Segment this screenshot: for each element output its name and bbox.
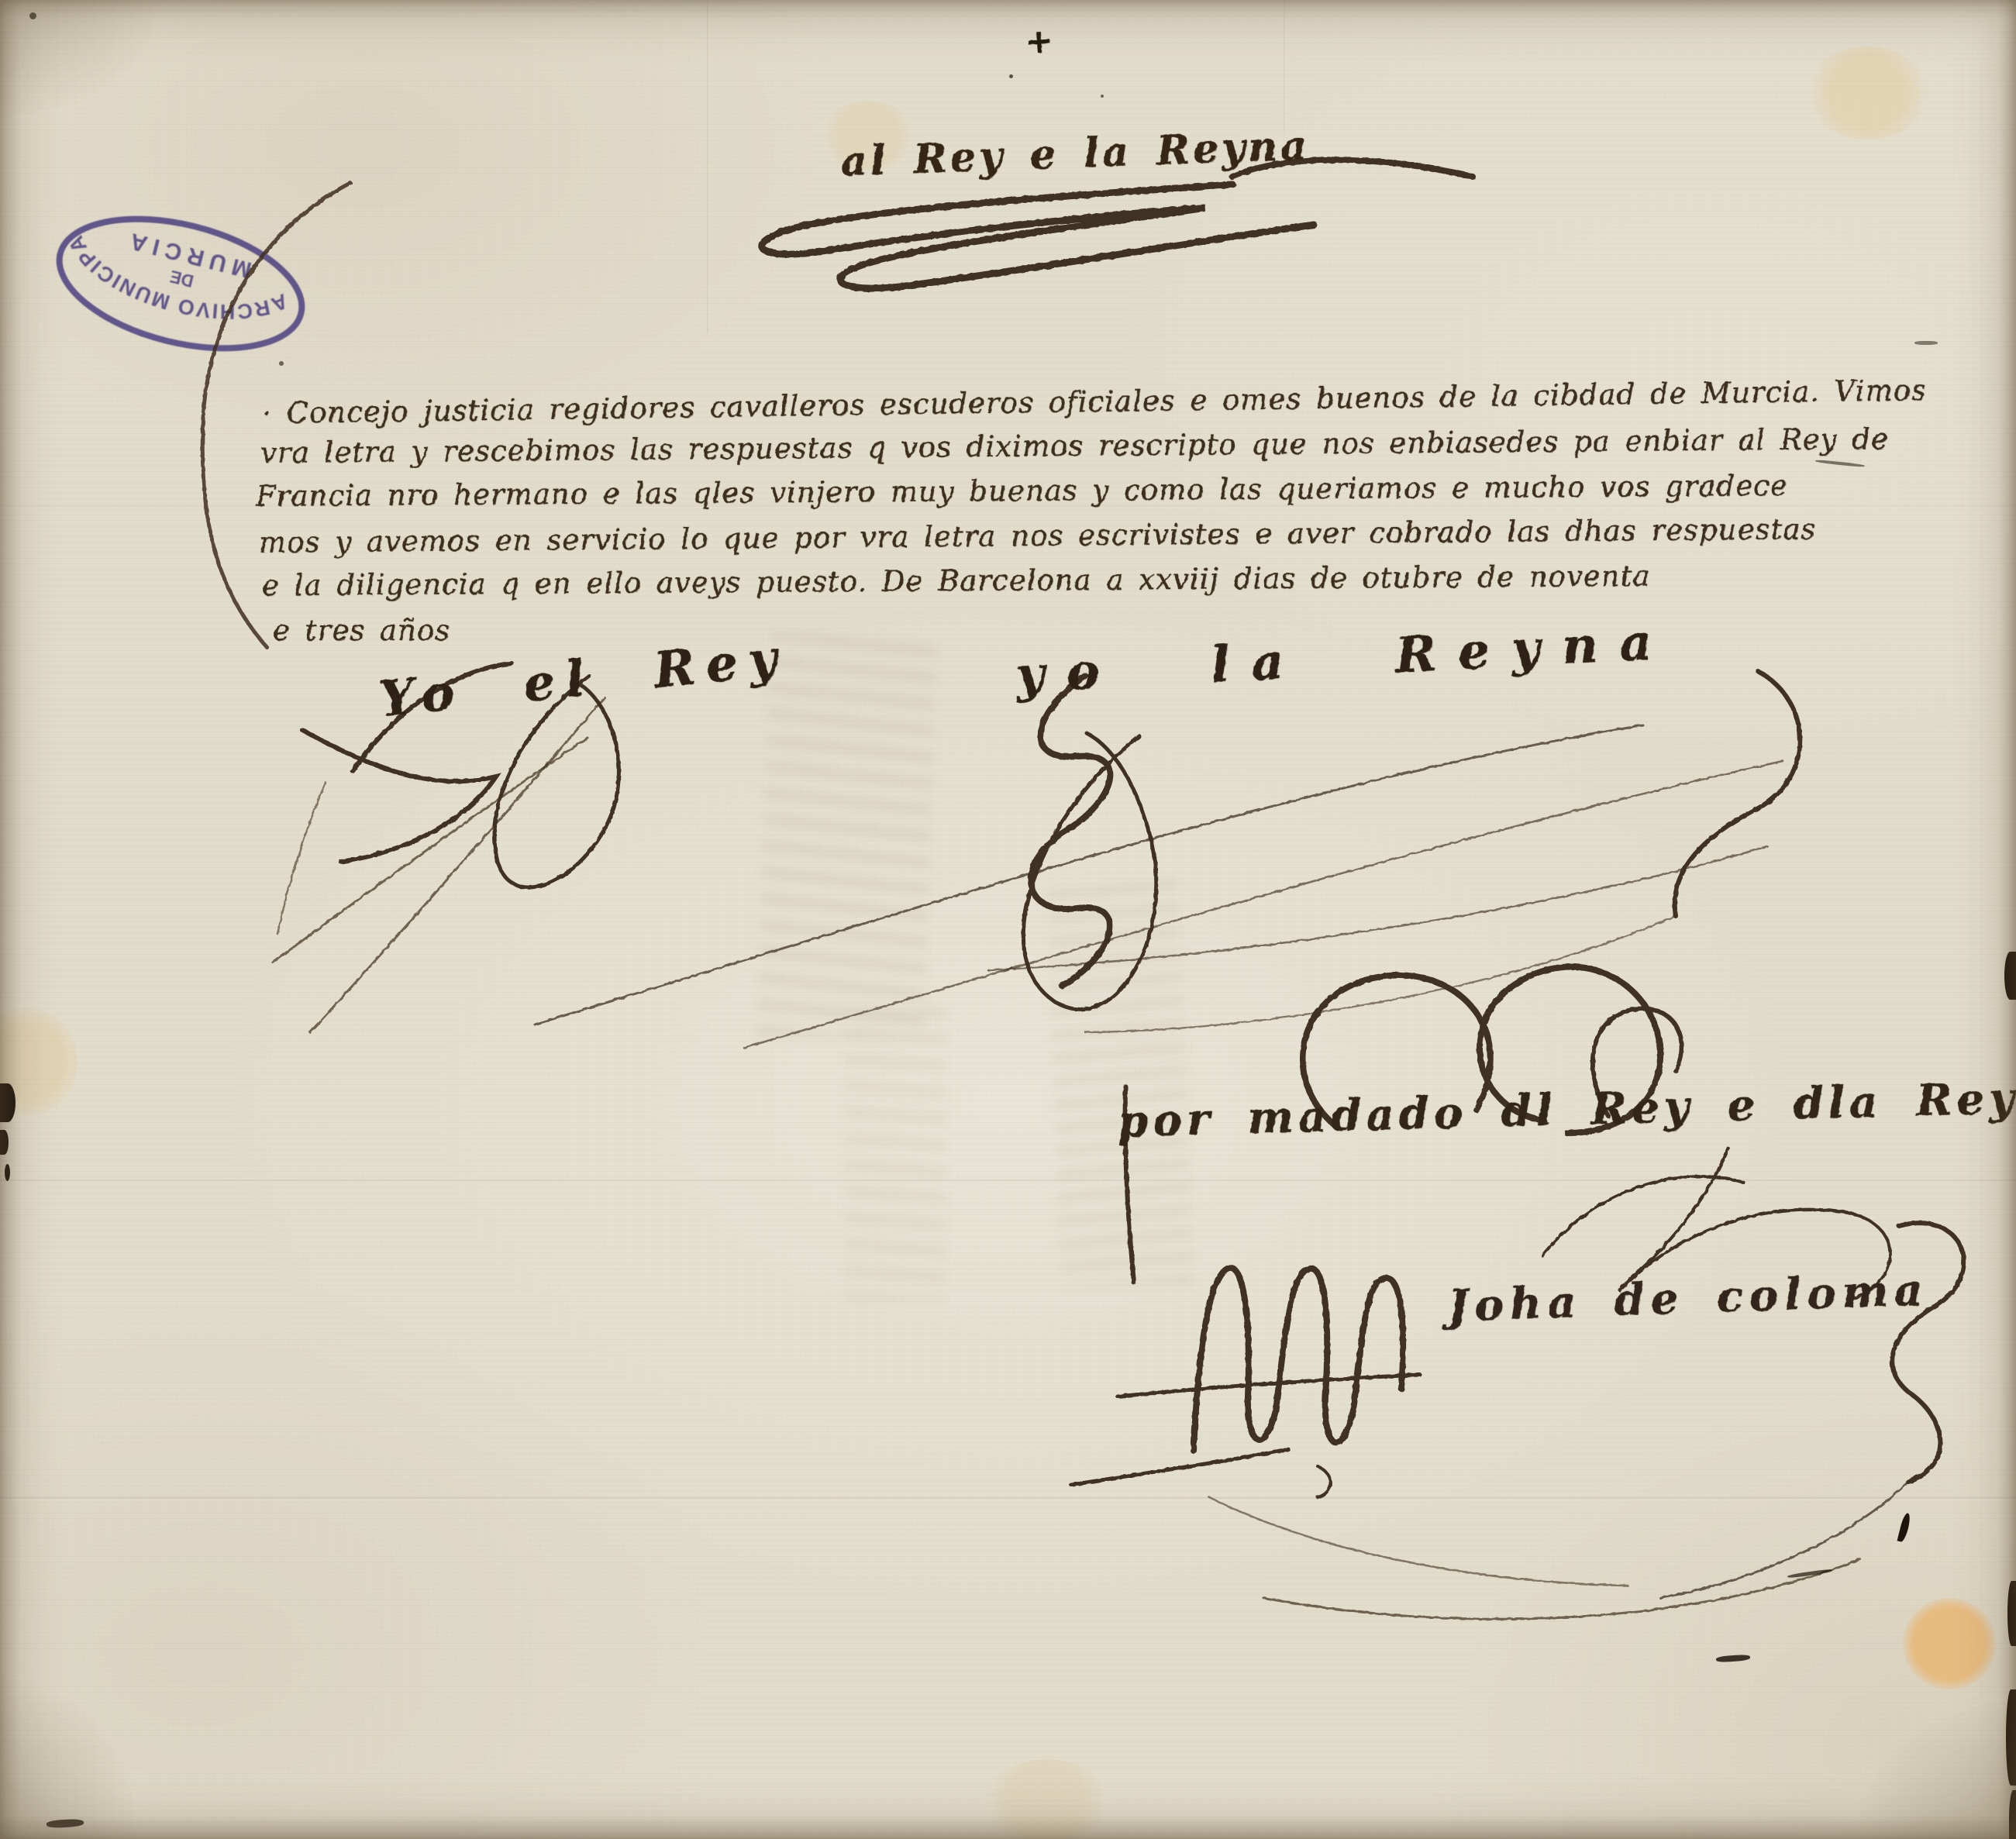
archive-stamp: ARCHIVO MUNICIPAL DE MURCIA	[32, 183, 329, 384]
invocation-cross: +	[1023, 21, 1054, 62]
fold-crease	[0, 1497, 2016, 1500]
edge-ink-mark	[2006, 1689, 2016, 1786]
fold-crease	[1284, 0, 1287, 132]
secretary-signature: Joha de coloma	[1447, 1264, 1929, 1332]
body-line-6: e tres años	[273, 614, 450, 647]
body-line-5: e la diligencia q en ello aveys puesto. …	[262, 560, 1651, 603]
paper-crack	[1787, 1569, 1832, 1579]
stain	[984, 1759, 1108, 1839]
paper-crack	[1815, 460, 1865, 468]
body-line-4: mos y avemos en servicio lo que por vra …	[259, 512, 1817, 560]
bleedthrough-ghost	[1047, 873, 1193, 1289]
authorization-line: por madado dl Rey e dla Reyna	[1117, 1071, 2016, 1148]
ink-speck	[1716, 1654, 1750, 1662]
ink-speck	[1009, 74, 1013, 78]
ink-speck	[29, 12, 36, 19]
edge-ink-mark	[2009, 1790, 2016, 1839]
address-line: al Rey e la Reyna	[840, 122, 1311, 185]
ink-speck	[1101, 95, 1104, 98]
stamp-middle-text: DE	[168, 267, 196, 291]
queen-signature: yo la Reyna	[1015, 612, 1675, 704]
manuscript-page: ARCHIVO MUNICIPAL DE MURCIA	[0, 0, 2016, 1839]
ink-speck	[1914, 341, 1938, 345]
body-line-1: · Concejo justicia regidores cavalleros …	[262, 374, 1927, 430]
ink-speck	[1897, 1512, 1912, 1542]
body-line-2: vra letra y rescebimos las respuestas q …	[260, 422, 1889, 470]
stain	[1806, 46, 1930, 139]
body-line-3: Francia nro hermano e las qles vinjero m…	[256, 469, 1788, 513]
bleedthrough-ghost	[756, 632, 937, 1041]
edge-ink-mark	[0, 1083, 16, 1122]
queen-signature-flourish	[535, 671, 1800, 1048]
edge-ink-mark	[0, 1130, 9, 1155]
ink-stain	[1903, 1598, 1996, 1689]
edge-ink-mark	[2007, 1581, 2016, 1646]
fold-crease	[0, 1180, 2016, 1183]
ink-speck	[47, 1819, 84, 1828]
stain	[0, 1007, 78, 1116]
fold-crease	[707, 0, 710, 333]
edge-ink-mark	[2004, 952, 2016, 1000]
edge-ink-mark	[5, 1164, 10, 1181]
bleedthrough-ghost	[845, 1007, 946, 1302]
